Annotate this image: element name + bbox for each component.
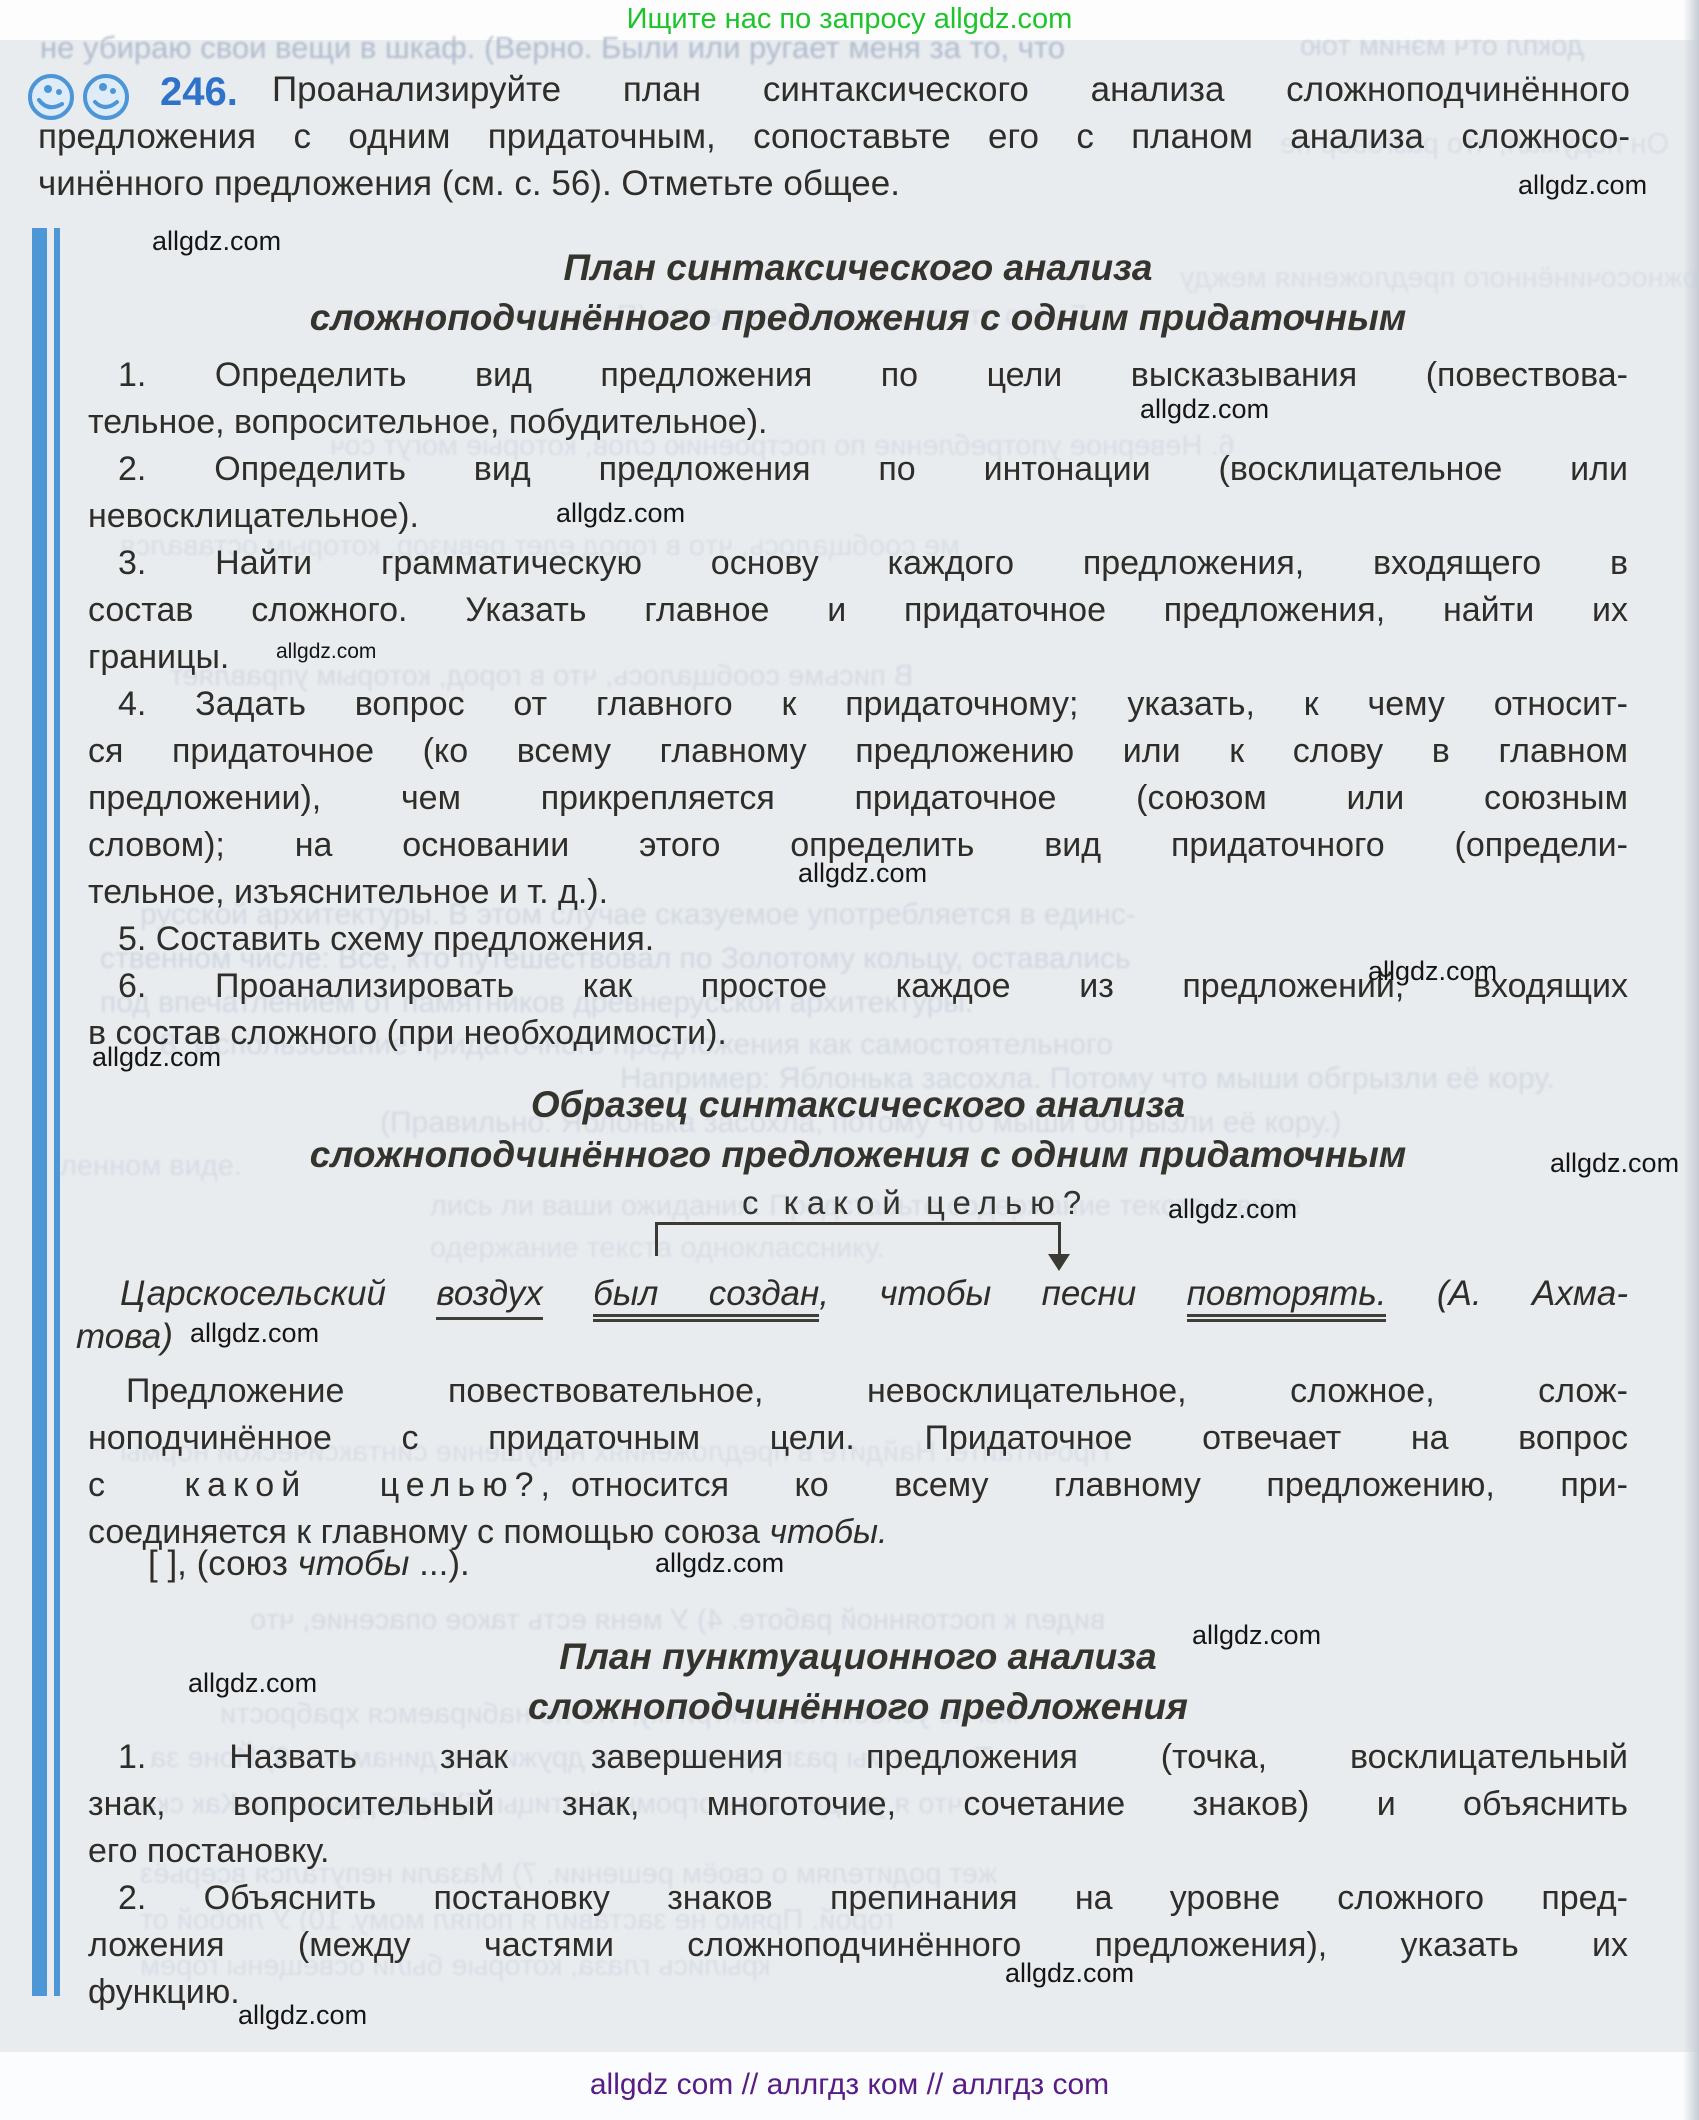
- watermark-text: allgdz.com: [1368, 956, 1497, 987]
- question-bracket-arrow-leg: [1058, 1222, 1061, 1258]
- watermark-text: allgdz.com: [556, 498, 685, 529]
- sentence-scheme: [ ], (союз чтобы ...).: [148, 1544, 470, 1584]
- list-item-line: 2. Объяснить постановку знаков препинани…: [88, 1875, 1628, 1922]
- list-item-line: ся придаточное (ко всему главному предло…: [88, 728, 1628, 775]
- example-sentence: Царскосельский воздух был создан, чтобы …: [120, 1270, 1628, 1317]
- list-item-line: невосклицательное).: [88, 493, 1628, 540]
- list-item-line: 1. Определить вид предложения по цели вы…: [88, 352, 1628, 399]
- watermark-text: allgdz.com: [276, 640, 376, 664]
- question-bracket-left-leg: [655, 1222, 658, 1256]
- punctuation-plan-list: 1. Назвать знак завершения предложения (…: [88, 1734, 1628, 2016]
- question-bracket-horizontal: [655, 1222, 1061, 1225]
- task-line: чинённого предложения (см. с. 56). Отмет…: [38, 160, 1630, 207]
- watermark-text: allgdz.com: [190, 1318, 319, 1349]
- example-sentence-continuation: това): [76, 1317, 173, 1357]
- watermark-text: allgdz.com: [1192, 1620, 1321, 1651]
- exercise-task: Проанализируйте план синтаксического ана…: [38, 66, 1630, 207]
- list-item-line: 3. Найти грамматическую основу каждого п…: [88, 540, 1628, 587]
- question-label: с какой целью?: [742, 1184, 1089, 1222]
- predicate-underline: повторять.: [1187, 1274, 1387, 1322]
- syntactic-plan-list: 1. Определить вид предложения по цели вы…: [88, 352, 1628, 1057]
- rule-sidebar-thick: [32, 228, 47, 1996]
- watermark-text: allgdz.com: [1168, 1194, 1297, 1225]
- watermark-text: allgdz.com: [188, 1668, 317, 1699]
- predicate-underline: был создан: [593, 1274, 819, 1322]
- footer-watermark: allgdz com // аллгдз ком // аллгдз com: [0, 2068, 1699, 2102]
- punctuation-plan-heading: План пунктуационного анализа сложноподчи…: [88, 1632, 1628, 1732]
- list-item-line: тельное, вопросительное, побудительное).: [88, 399, 1628, 446]
- list-item-line: 2. Определить вид предложения по интонац…: [88, 446, 1628, 493]
- subject-underline: воздух: [436, 1274, 542, 1320]
- page-edge-shadow: [1683, 0, 1699, 2120]
- watermark-text: allgdz.com: [655, 1548, 784, 1579]
- watermark-text: allgdz.com: [1140, 394, 1269, 425]
- syntactic-plan-heading: План синтаксического анализа сложноподчи…: [88, 243, 1628, 343]
- list-item-line: ложения (между частями сложноподчинённог…: [88, 1922, 1628, 1969]
- list-item-line: предложении), чем прикрепляется придаточ…: [88, 775, 1628, 822]
- task-line: Проанализируйте план синтаксического ана…: [38, 66, 1630, 113]
- list-item-line: в состав сложного (при необходимости).: [88, 1010, 1628, 1057]
- list-item-line: состав сложного. Указать главное и прида…: [88, 587, 1628, 634]
- rule-sidebar-thin: [54, 228, 60, 1996]
- watermark-text: allgdz.com: [798, 858, 927, 889]
- watermark-text: allgdz.com: [1518, 170, 1647, 201]
- list-item-line: 1. Назвать знак завершения предложения (…: [88, 1734, 1628, 1781]
- analysis-line: с какой целью?,относится ко всему главно…: [88, 1462, 1628, 1509]
- task-line: предложения с одним придаточным, сопоста…: [38, 113, 1630, 160]
- watermark-text: allgdz.com: [238, 2000, 367, 2031]
- down-arrow-icon: [1048, 1254, 1070, 1271]
- list-item-line: знак, вопросительный знак, многоточие, с…: [88, 1781, 1628, 1828]
- watermark-text: allgdz.com: [1005, 1958, 1134, 1989]
- sample-heading: Образец синтаксического анализа сложнопо…: [88, 1080, 1628, 1180]
- watermark-text: allgdz.com: [152, 226, 281, 257]
- textbook-page: не убираю свои вещи в шкаф. (Верно. Были…: [0, 0, 1699, 2120]
- analysis-line: Предложение повествовательное, невосклиц…: [88, 1368, 1628, 1415]
- list-item-line: его постановку.: [88, 1828, 1628, 1875]
- promo-banner-text: Ищите нас по запросу allgdz.com: [0, 3, 1699, 36]
- analysis-line: ноподчинённое с придаточным цели. Придат…: [88, 1415, 1628, 1462]
- analysis-paragraph: Предложение повествовательное, невосклиц…: [88, 1368, 1628, 1556]
- watermark-text: allgdz.com: [92, 1042, 221, 1073]
- watermark-text: allgdz.com: [1550, 1148, 1679, 1179]
- list-item-line: 4. Задать вопрос от главного к придаточн…: [88, 681, 1628, 728]
